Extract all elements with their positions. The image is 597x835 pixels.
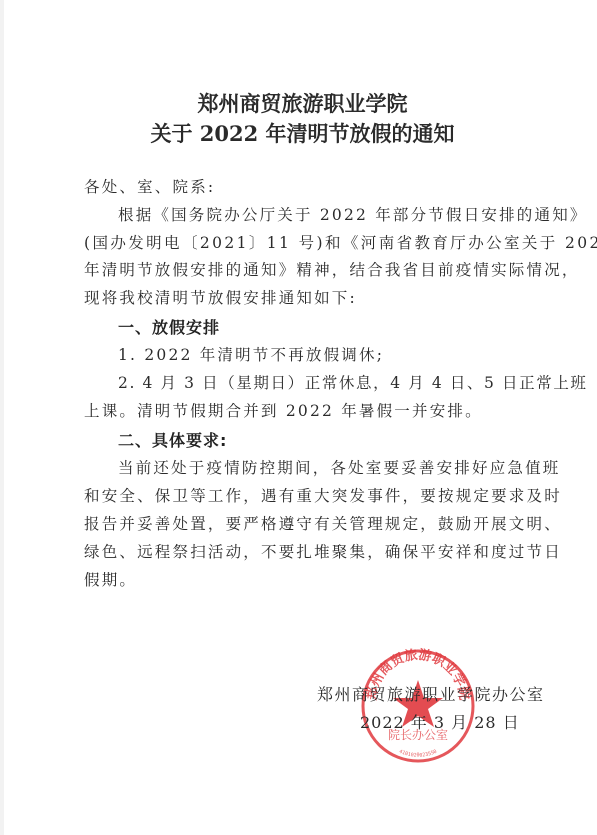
section-2-line-1: 当前还处于疫情防控期间，各处室要妥善安排好应急值班	[118, 456, 561, 478]
issuer-office: 郑州商贸旅游职业学院办公室	[317, 682, 545, 705]
salutation: 各处、室、院系:	[84, 175, 215, 197]
section-2-line-2: 和安全、保卫等工作，遇有重大突发事件，要按规定要求及时	[84, 484, 562, 506]
section-1-item-2-line-1: 2. 4 月 3 日（星期日）正常休息，4 月 4 日、5 日正常上班	[118, 371, 588, 393]
issue-date: 2022 年 3 月 28 日	[360, 710, 520, 733]
intro-line-2: (国办发明电〔2021〕11 号)和《河南省教育厅办公室关于 2022	[84, 231, 597, 253]
section-2-line-4: 绿色、远程祭扫活动，不要扎堆聚集，确保平安祥和度过节日	[84, 540, 562, 562]
document-page: 郑州商贸旅游职业学院 关于 2022 年清明节放假的通知 各处、室、院系: 根据…	[0, 0, 597, 835]
intro-line-1: 根据《国务院办公厅关于 2022 年部分节假日安排的通知》	[118, 203, 588, 225]
section-2-heading: 二、具体要求:	[118, 428, 227, 451]
official-seal-stamp: 郑州商贸旅游职业学院 院长办公室 4101020023550	[358, 646, 478, 766]
section-1-item-2-line-2: 上课。清明节假期合并到 2022 年暑假一并安排。	[84, 399, 483, 421]
section-1-item-1: 1. 2022 年清明节不再放假调休;	[118, 343, 384, 365]
section-2-line-5: 假期。	[84, 568, 137, 590]
document-title-institution: 郑州商贸旅游职业学院	[4, 88, 597, 118]
document-title-subject: 关于 2022 年清明节放假的通知	[4, 118, 597, 148]
section-2-line-3: 报告并妥善处置，要严格遵守有关管理规定，鼓励开展文明、	[84, 512, 562, 534]
svg-text:4101020023550: 4101020023550	[398, 749, 438, 759]
intro-line-4: 现将我校清明节放假安排通知如下:	[84, 286, 357, 308]
section-1-heading: 一、放假安排	[118, 315, 220, 338]
intro-line-3: 年清明节放假安排的通知》精神，结合我省目前疫情实际情况，	[84, 258, 580, 280]
